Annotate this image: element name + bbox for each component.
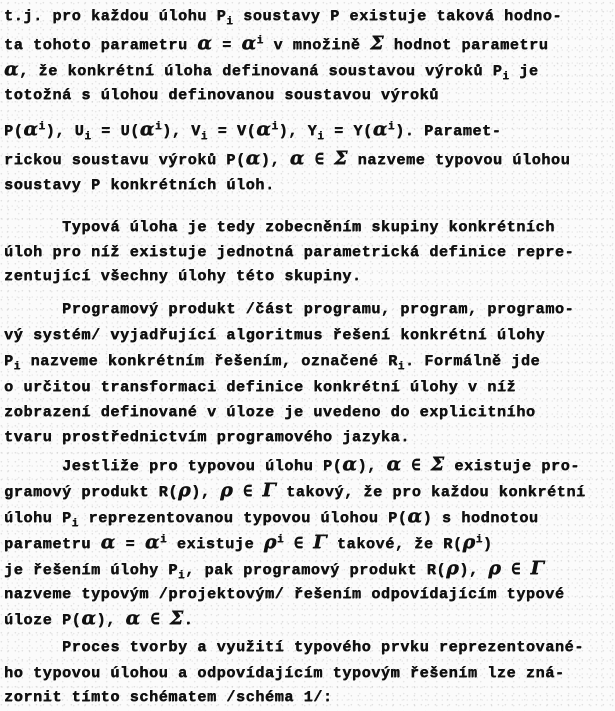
text-line: vý systém/ vyjadřující algoritmus řešení… [4, 326, 545, 344]
text-line: úloh pro níž existuje jednotná parametri… [4, 243, 574, 261]
text-line: tvaru prostřednictvím programového jazyk… [4, 428, 410, 446]
text-line: zornit tímto schématem /schéma 1/: [4, 688, 333, 706]
text-line: Typová úloha je tedy zobecněním skupiny … [62, 218, 555, 236]
text-line: zentující všechny úlohy této skupiny. [4, 267, 362, 285]
text-line: soustavy P konkrétních úloh. [4, 176, 275, 194]
text-line: gramový produkt R(ρ), ρ ∈ Γ takový, že p… [4, 481, 586, 501]
text-line: totožná s úlohou definovanou soustavou v… [4, 86, 439, 104]
scanned-page: t.j. pro každou úlohu Pi soustavy P exis… [0, 0, 615, 711]
text-line: ta tohoto parametru α = αi v množině Σ h… [4, 34, 548, 54]
text-line: Proces tvorby a využití typového prvku r… [62, 638, 584, 656]
text-line: nazveme typovým /projektovým/ řešením od… [4, 585, 565, 603]
text-line: je řešením úlohy Pi, pak programový prod… [4, 559, 545, 579]
text-line: zobrazení definované v úloze je uvedeno … [4, 403, 536, 421]
text-line: parametru α = αi existuje ρi ∈ Γ takové,… [4, 533, 493, 553]
text-line: úloze P(α), α ∈ Σ. [4, 609, 193, 629]
text-line: úlohu Pi reprezentovanou typovou úlohou … [4, 507, 539, 527]
text-line: ho typovou úlohou a odpovídajícím typový… [4, 664, 565, 682]
text-line: Pi nazveme konkrétním řešením, označené … [4, 352, 540, 370]
text-line: α, že konkrétní úloha definovaná soustav… [4, 60, 539, 80]
text-line: P(αi), Ui = U(αi), Vi = V(αi), Yi = Y(αi… [4, 120, 501, 140]
text-line: rickou soustavu výroků P(α), α ∈ Σ nazve… [4, 149, 570, 169]
text-line: Programový produkt /část programu, progr… [62, 300, 574, 318]
text-line: Jestliže pro typovou úlohu P(α), α ∈ Σ e… [62, 455, 580, 475]
text-line: o určitou transformaci definice konkrétn… [4, 378, 516, 396]
text-line: t.j. pro každou úlohu Pi soustavy P exis… [4, 7, 562, 25]
